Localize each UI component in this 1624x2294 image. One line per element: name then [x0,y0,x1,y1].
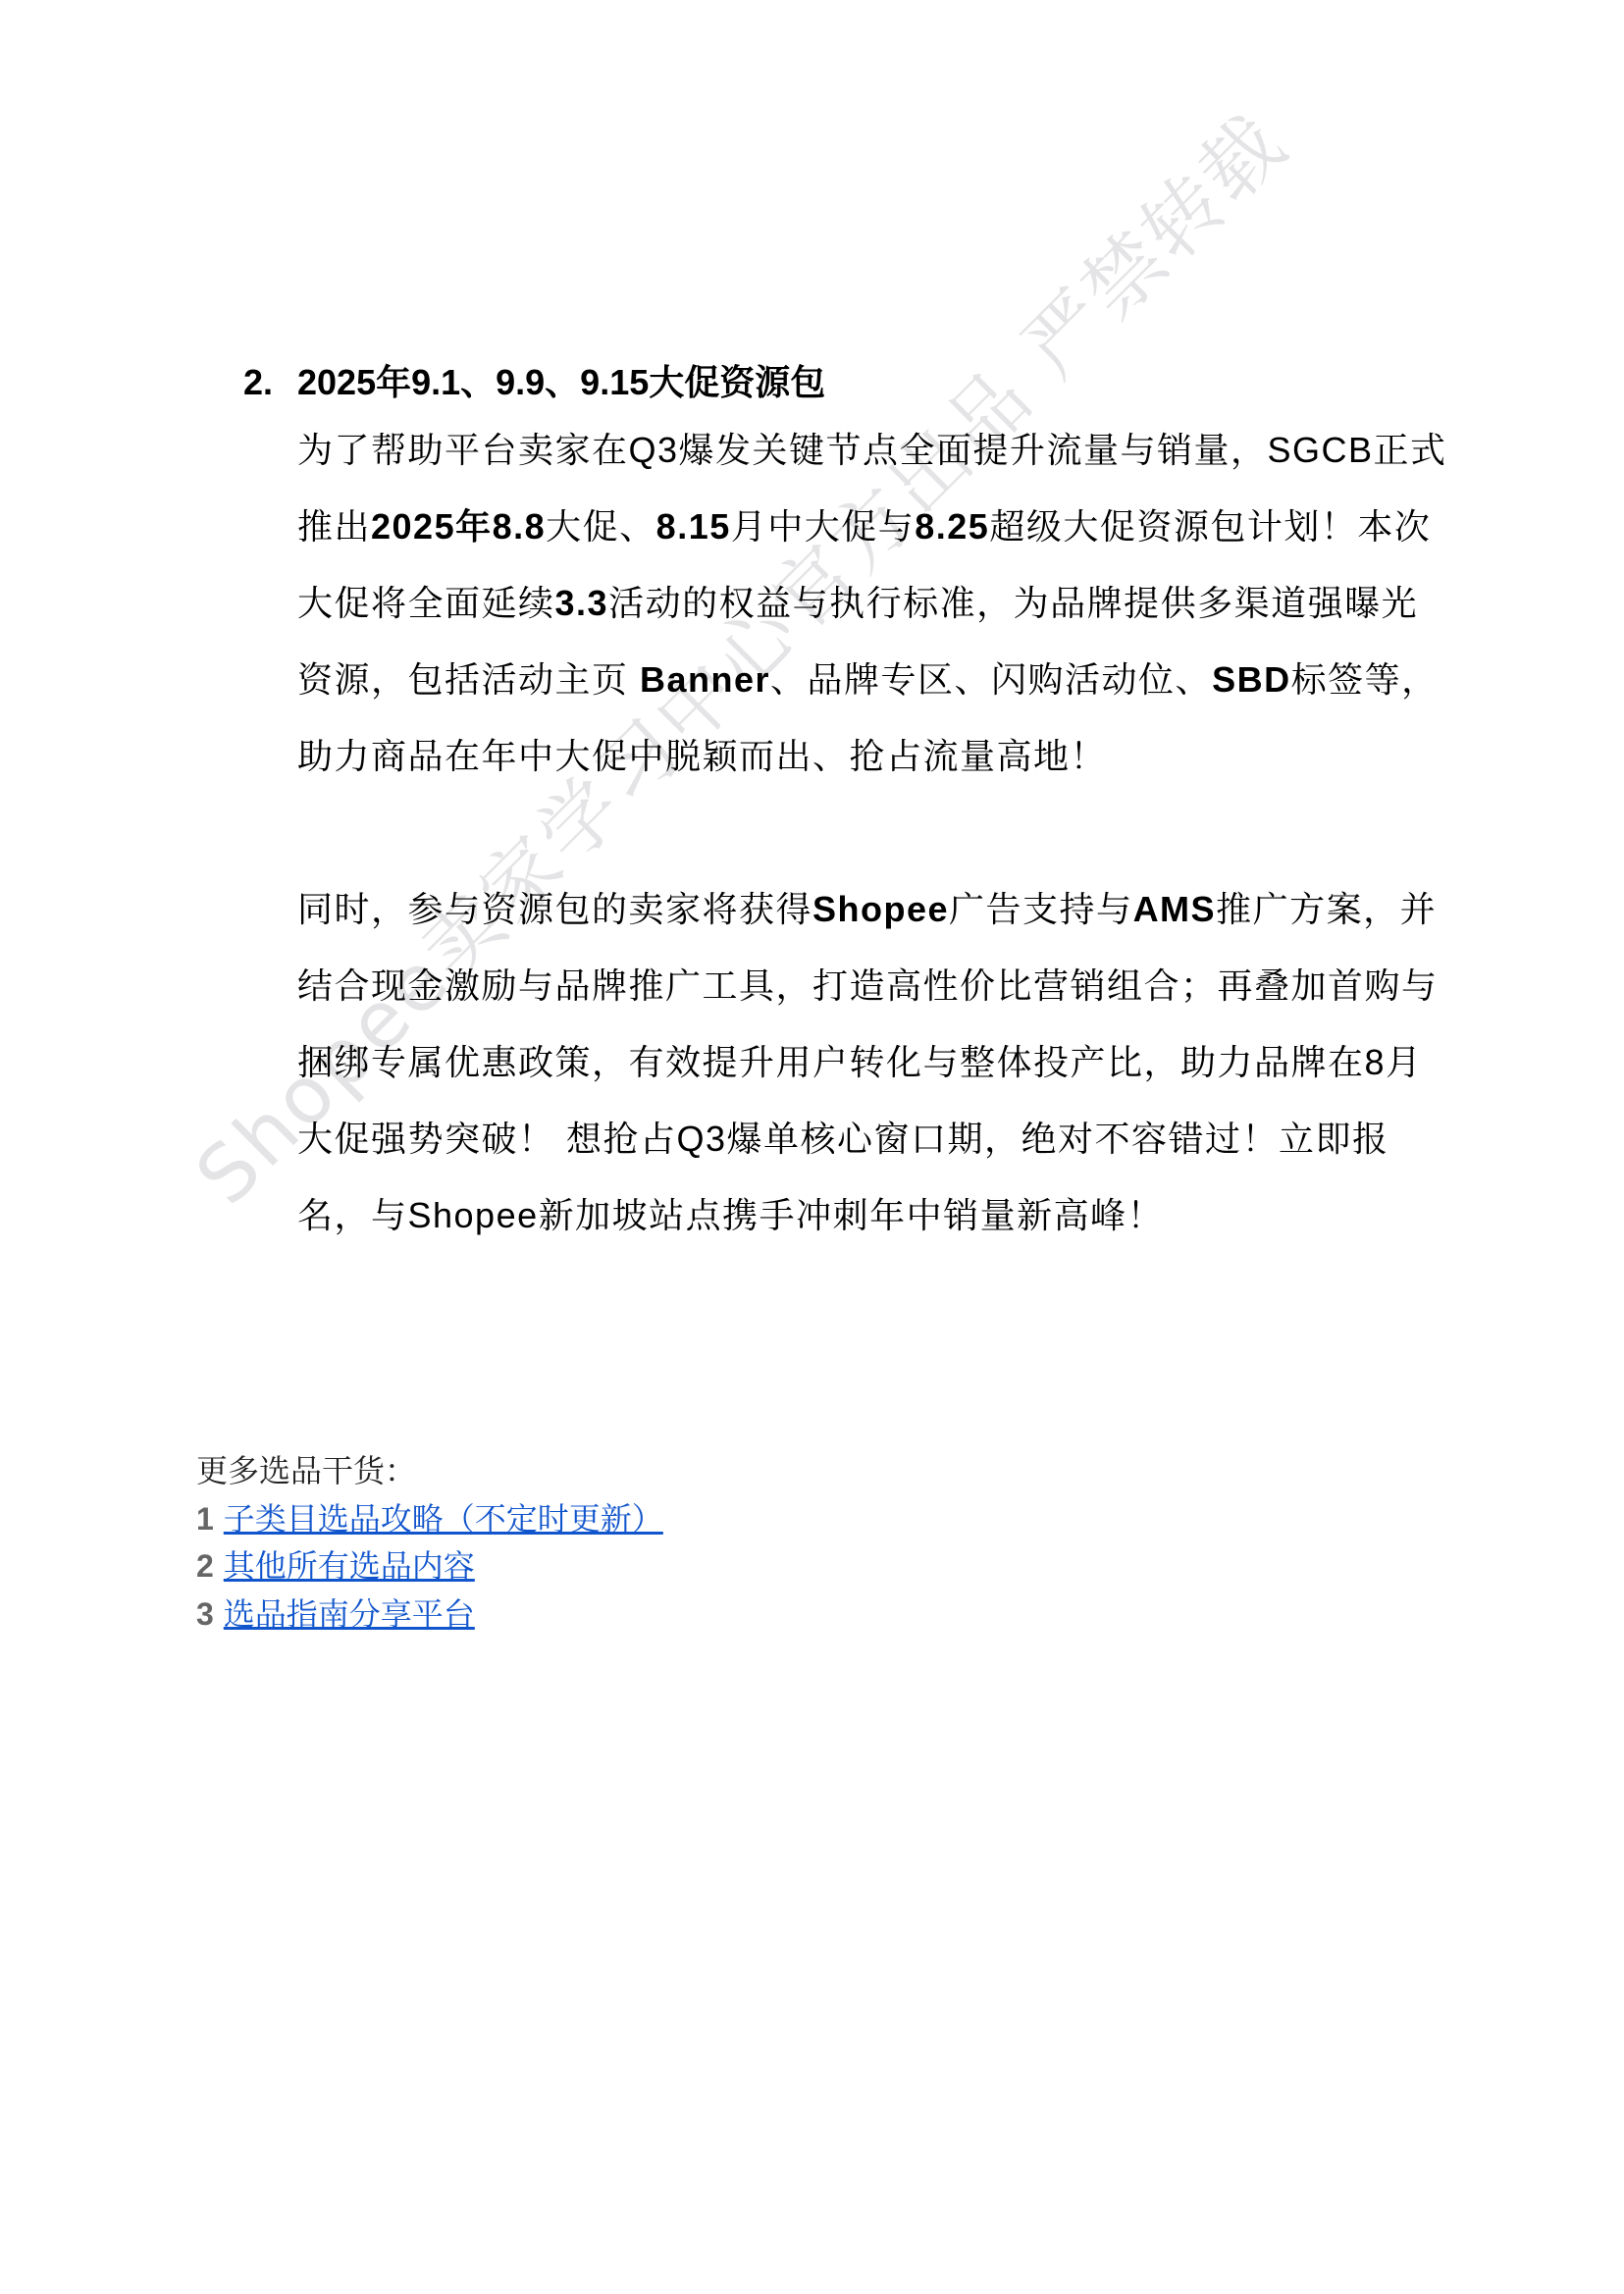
text-run: AMS [1133,889,1217,929]
text-run: 8.15 [656,506,731,547]
resource-link-row: 1子类目选品攻略（不定时更新） [196,1495,663,1543]
more-resources-title: 更多选品干货： [196,1447,663,1495]
section-number: 2. [243,353,297,412]
text-run: 2025年8.8 [371,506,546,547]
text-run: Banner [640,659,770,700]
link-all-selection-content[interactable]: 其他所有选品内容 [224,1548,475,1584]
text-run: 推广方案，并结合现金激励与品牌推广工具，打造高性价比营销组合；再叠加首购与捆绑专… [297,889,1439,1235]
text-run: 月中大促与 [731,506,916,547]
text-run: 8.25 [915,506,989,547]
section-title: 2025年9.1、9.9、9.15大促资源包 [297,353,825,412]
promo-section: 2. 2025年9.1、9.9、9.15大促资源包 为了帮助平台卖家在Q3爆发关… [243,353,1450,1254]
link-selection-guide-platform[interactable]: 选品指南分享平台 [224,1596,475,1632]
text-run: 同时，参与资源包的卖家将获得 [297,889,812,929]
list-number: 1 [196,1501,214,1537]
more-resources: 更多选品干货： 1子类目选品攻略（不定时更新） 2其他所有选品内容 3选品指南分… [196,1447,663,1638]
text-run: 3.3 [555,583,609,623]
link-subcategory-guide[interactable]: 子类目选品攻略（不定时更新） [224,1501,663,1537]
text-run: 、品牌专区、闪购活动位、 [770,659,1212,700]
section-heading: 2. 2025年9.1、9.9、9.15大促资源包 [243,353,1450,412]
resource-link-row: 3选品指南分享平台 [196,1590,663,1639]
resource-link-row: 2其他所有选品内容 [196,1542,663,1590]
text-run: SBD [1212,659,1291,700]
text-run: Shopee [812,889,949,929]
paragraph-2: 同时，参与资源包的卖家将获得Shopee广告支持与AMS推广方案，并结合现金激励… [297,871,1450,1254]
document-page: Shopee卖家学习中心官方出品 严禁转载 2. 2025年9.1、9.9、9.… [0,0,1624,2294]
text-run: 大促、 [546,506,656,547]
paragraph-1: 为了帮助平台卖家在Q3爆发关键节点全面提升流量与销量，SGCB正式推出2025年… [297,412,1450,795]
list-number: 3 [196,1596,214,1632]
list-number: 2 [196,1548,214,1584]
text-run: 广告支持与 [949,889,1133,929]
